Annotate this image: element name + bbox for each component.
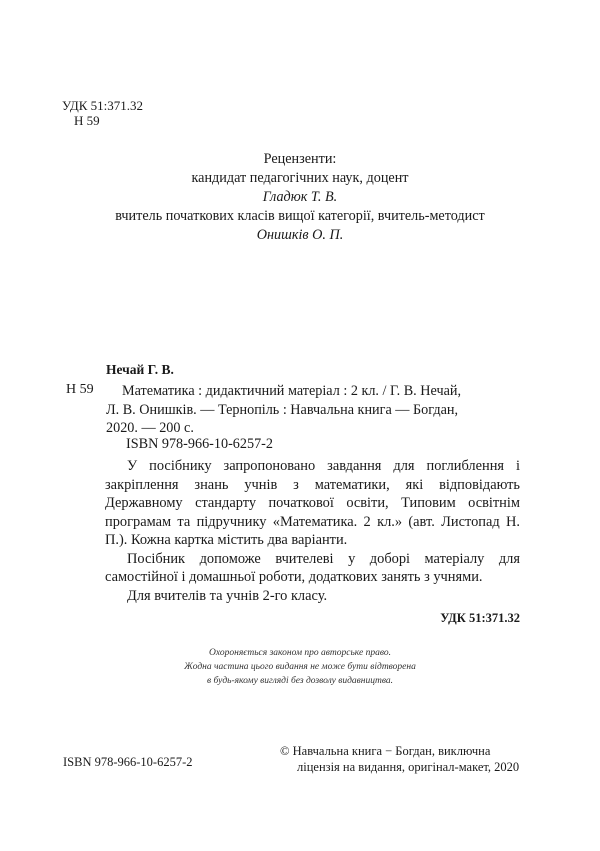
bib-line-1: Математика : дидактичний матеріал : 2 кл… bbox=[122, 382, 520, 401]
copyright-line-1: Охороняється законом про авторське право… bbox=[150, 646, 450, 660]
bibliographic-author: Нечай Г. В. bbox=[106, 362, 174, 378]
bib-line-3: 2020. — 200 с. bbox=[106, 419, 520, 438]
udk-code: УДК 51:371.32 bbox=[62, 98, 143, 113]
bibliographic-description: Математика : дидактичний матеріал : 2 кл… bbox=[122, 382, 520, 438]
annotation-audience: Для вчителів та учнів 2-го класу. bbox=[105, 587, 520, 606]
annotation-paragraph: Посібник допоможе вчителеві у доборі мат… bbox=[105, 550, 520, 587]
bibliographic-author-mark: Н 59 bbox=[66, 382, 94, 398]
reviewer-1-name: Гладюк Т. В. bbox=[100, 188, 500, 207]
publisher-line-2: ліцензія на видання, оригінал-макет, 202… bbox=[280, 759, 519, 775]
footer-isbn: ISBN 978-966-10-6257-2 bbox=[63, 755, 193, 770]
copyright-notice: Охороняється законом про авторське право… bbox=[150, 646, 450, 688]
udk-classification-top: УДК 51:371.32 Н 59 bbox=[62, 98, 143, 128]
isbn: ISBN 978-966-10-6257-2 bbox=[126, 436, 273, 453]
annotation: У посібнику запропоновано завдання для п… bbox=[105, 457, 520, 605]
reviewer-2-position: вчитель початкових класів вищої категорі… bbox=[40, 207, 560, 226]
reviewer-1-position: кандидат педагогічних наук, доцент bbox=[100, 169, 500, 188]
author-mark: Н 59 bbox=[62, 113, 143, 128]
bib-line-2: Л. В. Онишків. — Тернопіль : Навчальна к… bbox=[106, 401, 520, 420]
annotation-paragraph: У посібнику запропоновано завдання для п… bbox=[105, 457, 520, 550]
publisher-copyright: © Навчальна книга − Богдан, виключна ліц… bbox=[280, 743, 519, 775]
copyright-line-3: в будь-якому вигляді без дозволу видавни… bbox=[150, 674, 450, 688]
publisher-line-1: © Навчальна книга − Богдан, виключна bbox=[280, 744, 490, 758]
reviewers-block: Рецензенти: кандидат педагогічних наук, … bbox=[100, 150, 500, 245]
reviewer-2-name: Онишків О. П. bbox=[100, 226, 500, 245]
udk-classification-bottom: УДК 51:371.32 bbox=[440, 611, 520, 626]
copyright-line-2: Жодна частина цього видання не може бути… bbox=[150, 660, 450, 674]
reviewers-title: Рецензенти: bbox=[100, 150, 500, 169]
